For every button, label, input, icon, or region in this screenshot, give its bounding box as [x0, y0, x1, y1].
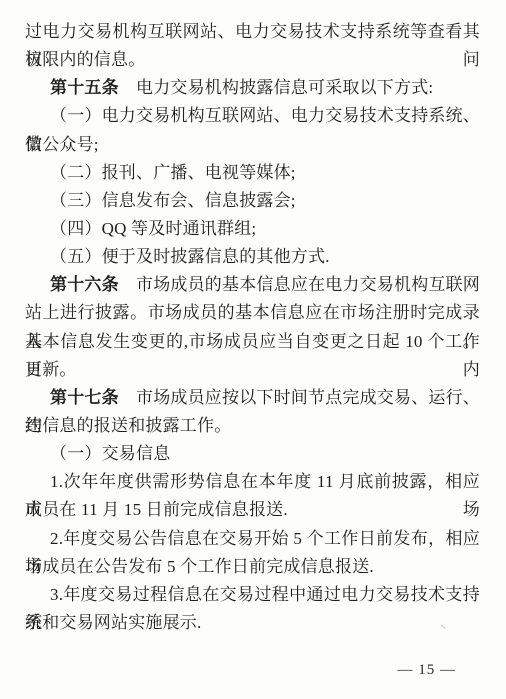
text-line: 2.年度交易公告信息在交易开始 5 个工作日前发布，相应市	[25, 525, 480, 553]
text-segment: 信公众号;	[25, 135, 99, 154]
text-segment: 统和交易网站实施展示.	[25, 613, 201, 632]
article-number: 第十五条	[50, 78, 119, 97]
text-segment: 基本信息发生变更的,市场成员应当自变更之日起 10 个工作日内	[25, 332, 480, 379]
text-line: 基本信息发生变更的,市场成员应当自变更之日起 10 个工作日内	[25, 328, 480, 356]
text-line: （二）报刊、广播、电视等媒体;	[25, 159, 480, 187]
text-line: （一）电力交易机构互联网站、电力交易技术支持系统、微	[25, 102, 480, 130]
text-line: 1.次年年度供需形势信息在本年度 11 月底前披露，相应市场	[25, 468, 480, 496]
text-segment: 约信息的报送和披露工作。	[25, 416, 231, 435]
page-number: — 15 —	[398, 662, 457, 679]
text-segment: （三）信息发布会、信息披露会;	[50, 191, 296, 210]
text-segment: 电力交易机构披露信息可采取以下方式:	[119, 78, 434, 97]
text-line: （三）信息发布会、信息披露会;	[25, 187, 480, 215]
article-number: 第十六条	[50, 275, 119, 294]
text-lines: 过电力交易机构互联网站、电力交易技术支持系统等查看其访问权限内的信息。第十五条 …	[25, 18, 480, 637]
text-line: 第十七条 市场成员应按以下时间节点完成交易、运行、违	[25, 384, 480, 412]
text-line: 第十六条 市场成员的基本信息应在电力交易机构互联网	[25, 271, 480, 299]
text-segment: （一）交易信息	[50, 444, 170, 463]
text-segment: （五）便于及时披露信息的其他方式.	[50, 247, 330, 266]
text-line: 第十五条 电力交易机构披露信息可采取以下方式:	[25, 74, 480, 102]
text-line: 信公众号;	[25, 131, 480, 159]
text-segment: 更新。	[25, 360, 77, 379]
text-segment: 场成员在公告发布 5 个工作日前完成信息报送.	[25, 557, 374, 576]
text-line: （四）QQ 等及时通讯群组;	[25, 215, 480, 243]
text-line: 统和交易网站实施展示.	[25, 609, 480, 637]
text-segment: 成员在 11 月 15 日前完成信息报送.	[25, 500, 288, 519]
text-segment: （二）报刊、广播、电视等媒体;	[50, 163, 296, 182]
text-line: （一）交易信息	[25, 440, 480, 468]
text-segment: （四）QQ 等及时通讯群组;	[50, 219, 256, 238]
text-line: 3.年度交易过程信息在交易过程中通过电力交易技术支持系	[25, 581, 480, 609]
text-line: 场成员在公告发布 5 个工作日前完成信息报送.	[25, 553, 480, 581]
text-line: 站上进行披露。市场成员的基本信息应在市场注册时完成录入。	[25, 299, 480, 327]
text-line: （五）便于及时披露信息的其他方式.	[25, 243, 480, 271]
article-number: 第十七条	[50, 388, 119, 407]
document-page: 过电力交易机构互联网站、电力交易技术支持系统等查看其访问权限内的信息。第十五条 …	[0, 0, 506, 699]
text-line: 约信息的报送和披露工作。	[25, 412, 480, 440]
text-segment: 市场成员的基本信息应在电力交易机构互联网	[119, 275, 480, 294]
text-segment: 权限内的信息。	[25, 50, 145, 69]
text-line: 过电力交易机构互联网站、电力交易技术支持系统等查看其访问	[25, 18, 480, 46]
